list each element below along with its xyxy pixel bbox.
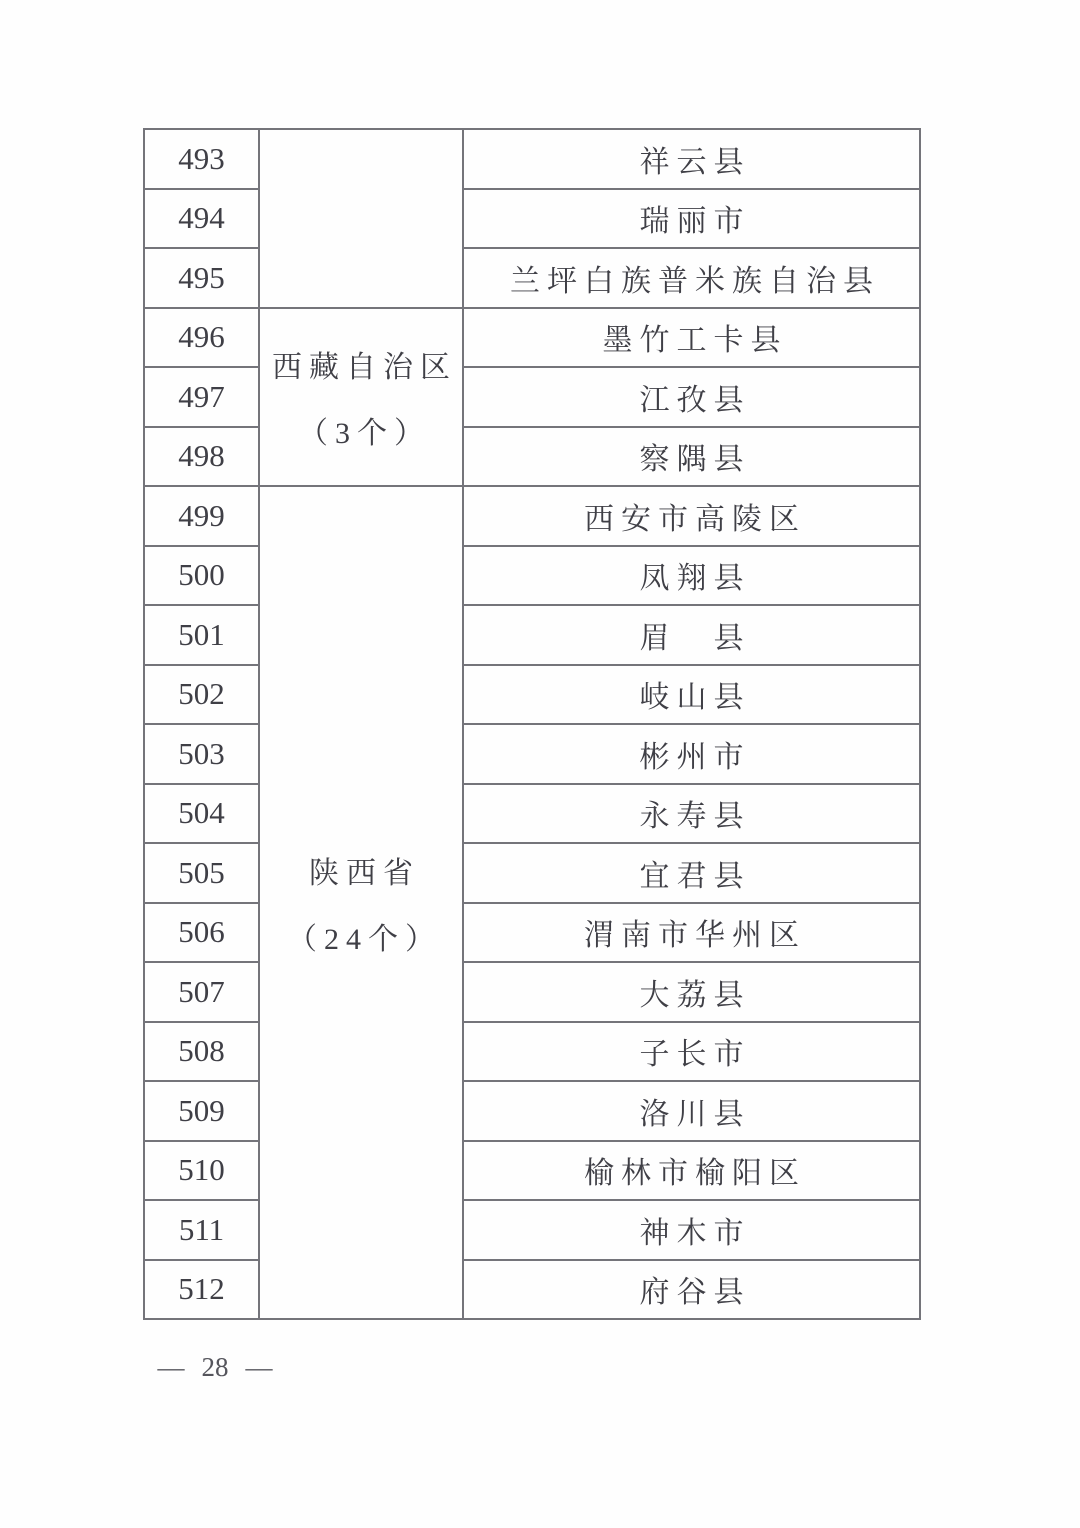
county-name: 彬州市	[463, 724, 920, 784]
county-name: 宜君县	[463, 843, 920, 903]
row-number: 502	[144, 665, 259, 725]
province-cell-shaanxi: 陕西省 （24个）	[259, 486, 463, 1319]
row-number: 496	[144, 308, 259, 368]
row-number: 495	[144, 248, 259, 308]
county-name: 西安市高陵区	[463, 486, 920, 546]
county-name: 洛川县	[463, 1081, 920, 1141]
county-name: 江孜县	[463, 367, 920, 427]
table-row: 493 祥云县	[144, 129, 920, 189]
province-stack: 西藏自治区 （3个）	[260, 342, 462, 452]
row-number: 494	[144, 189, 259, 249]
county-name: 神木市	[463, 1200, 920, 1260]
row-number: 501	[144, 605, 259, 665]
county-name: 兰坪白族普米族自治县	[463, 248, 920, 308]
county-name: 永寿县	[463, 784, 920, 844]
row-number: 500	[144, 546, 259, 606]
row-number: 498	[144, 427, 259, 487]
document-page: 493 祥云县 494 瑞丽市 495 兰坪白族普米族自治县 496	[0, 0, 1080, 1528]
table-row: 499 陕西省 （24个） 西安市高陵区	[144, 486, 920, 546]
county-name: 瑞丽市	[463, 189, 920, 249]
footer-dash-left: —	[158, 1352, 185, 1383]
row-number: 510	[144, 1141, 259, 1201]
county-name: 眉 县	[463, 605, 920, 665]
province-count: （24个）	[280, 914, 442, 958]
page-footer: — 28 —	[140, 1352, 290, 1383]
county-name: 渭南市华州区	[463, 903, 920, 963]
row-number: 499	[144, 486, 259, 546]
page-number: 28	[202, 1352, 229, 1383]
province-stack	[260, 207, 462, 229]
province-name: 西藏自治区	[265, 342, 457, 386]
province-stack: 陕西省 （24个）	[260, 848, 462, 958]
county-name: 府谷县	[463, 1260, 920, 1320]
county-name: 察隅县	[463, 427, 920, 487]
row-number: 503	[144, 724, 259, 784]
row-number: 509	[144, 1081, 259, 1141]
county-name: 子长市	[463, 1022, 920, 1082]
county-name: 大荔县	[463, 962, 920, 1022]
table-row: 496 西藏自治区 （3个） 墨竹工卡县	[144, 308, 920, 368]
row-number: 512	[144, 1260, 259, 1320]
row-number: 508	[144, 1022, 259, 1082]
province-count: （3个）	[291, 408, 431, 452]
county-name: 墨竹工卡县	[463, 308, 920, 368]
row-number: 507	[144, 962, 259, 1022]
county-name: 榆林市榆阳区	[463, 1141, 920, 1201]
county-name: 凤翔县	[463, 546, 920, 606]
row-number: 511	[144, 1200, 259, 1260]
county-roster-table: 493 祥云县 494 瑞丽市 495 兰坪白族普米族自治县 496	[143, 128, 921, 1320]
province-cell-empty	[259, 129, 463, 308]
footer-dash-right: —	[246, 1352, 273, 1383]
county-name: 祥云县	[463, 129, 920, 189]
row-number: 505	[144, 843, 259, 903]
province-name: 陕西省	[302, 848, 420, 892]
county-name: 岐山县	[463, 665, 920, 725]
row-number: 497	[144, 367, 259, 427]
row-number: 506	[144, 903, 259, 963]
province-cell-tibet: 西藏自治区 （3个）	[259, 308, 463, 487]
row-number: 504	[144, 784, 259, 844]
row-number: 493	[144, 129, 259, 189]
